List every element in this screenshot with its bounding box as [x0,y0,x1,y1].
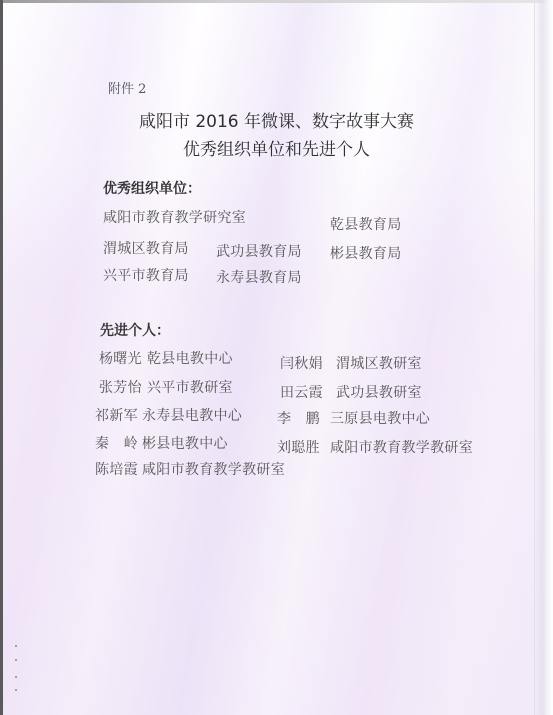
individual-unit: 永寿县电教中心 [142,405,242,425]
individual-name: 刘聪胜 [277,437,320,457]
individual-unit: 三原县电教中心 [330,408,430,428]
individual-unit: 兴平市教研室 [147,377,233,397]
individual-unit: 渭城区教研室 [336,353,422,373]
scan-speck [15,676,17,678]
organization-item: 渭城区教育局 [103,238,189,258]
individual-unit: 咸阳市教育教学教研室 [330,437,473,457]
scanned-page: 附件 2 咸阳市 2016 年微课、数字故事大赛 优秀组织单位和先进个人 优秀组… [0,0,553,715]
scan-edge-top [0,0,553,3]
individual-unit: 彬县电教中心 [142,433,228,453]
individual-name: 田云霞 [280,382,323,402]
scan-speck [15,689,17,691]
document-subtitle: 优秀组织单位和先进个人 [0,135,553,160]
document-title: 咸阳市 2016 年微课、数字故事大赛 [0,107,553,132]
individual-name: 祁新军 [95,405,138,425]
individual-unit: 乾县电教中心 [147,348,233,368]
organization-item: 兴平市教育局 [103,265,189,285]
scan-speck [15,645,17,647]
individual-unit: 咸阳市教育教学教研室 [142,459,285,479]
attachment-label: 附件 2 [108,78,146,97]
organization-item: 乾县教育局 [330,214,402,234]
organization-item: 永寿县教育局 [216,267,302,287]
individual-name: 闫秋娟 [280,353,323,373]
organization-item: 彬县教育局 [330,243,402,263]
individual-name: 张芳怡 [99,377,142,397]
individual-unit: 武功县教研室 [336,382,422,402]
organization-item: 咸阳市教育教学研究室 [103,207,246,227]
individuals-heading: 先进个人： [100,320,170,340]
individual-name: 李 鹏 [277,408,320,428]
organization-item: 武功县教育局 [216,241,302,261]
individual-name: 秦 岭 [95,433,138,453]
individual-name: 陈培霞 [95,459,138,479]
individual-name: 杨曙光 [99,348,142,368]
organizations-heading: 优秀组织单位： [103,178,201,198]
scan-speck [15,659,17,661]
